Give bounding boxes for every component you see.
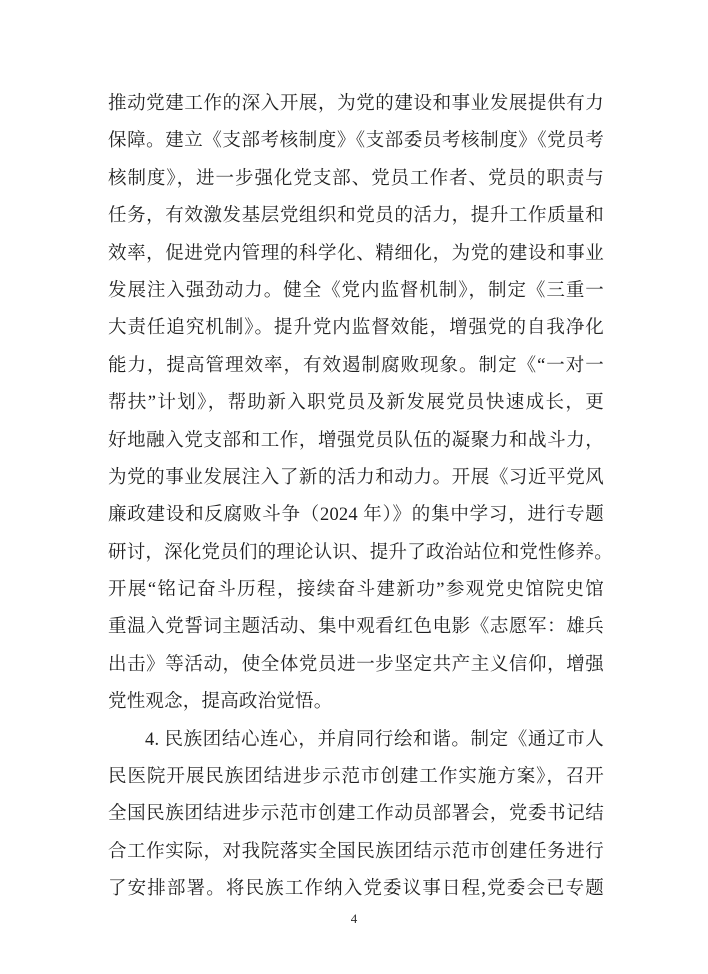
text-line: 帮扶”计划》，帮助新入职党员及新发展党员快速成长，更 <box>108 385 604 422</box>
text-line: 能力，提高管理效率，有效遏制腐败现象。制定《“一对一 <box>108 348 604 385</box>
text-line: 核制度》，进一步强化党支部、党员工作者、党员的职责与 <box>108 161 604 198</box>
text-line: 重温入党誓词主题活动、集中观看红色电影《志愿军：雄兵 <box>108 609 604 646</box>
text-line: 全国民族团结进步示范市创建工作动员部署会，党委书记结 <box>108 796 604 833</box>
text-line: 保障。建立《支部考核制度》《支部委员考核制度》《党员考 <box>108 123 604 160</box>
text-line: 推动党建工作的深入开展，为党的建设和事业发展提供有力 <box>108 86 604 123</box>
text-line: 出击》等活动，使全体党员进一步坚定共产主义信仰，增强 <box>108 647 604 684</box>
text-line: 发展注入强劲动力。健全《党内监督机制》，制定《三重一 <box>108 273 604 310</box>
text-line: 开展“铭记奋斗历程，接续奋斗建新功”参观党史馆院史馆 <box>108 572 604 609</box>
text-line: 大责任追究机制》。提升党内监督效能，增强党的自我净化 <box>108 310 604 347</box>
text-line: 合工作实际，对我院落实全国民族团结示范市创建任务进行 <box>108 834 604 871</box>
text-line: 为党的事业发展注入了新的活力和动力。开展《习近平党风 <box>108 460 604 497</box>
text-line: 研讨，深化党员们的理论认识、提升了政治站位和党性修养。 <box>108 535 604 572</box>
text-line: 党性观念，提高政治觉悟。 <box>108 684 604 721</box>
document-page: 推动党建工作的深入开展，为党的建设和事业发展提供有力 保障。建立《支部考核制度》… <box>0 0 708 974</box>
text-line: 4. 民族团结心连心，并肩同行绘和谐。制定《通辽市人 <box>108 722 604 759</box>
page-number: 4 <box>0 911 708 927</box>
text-line: 廉政建设和反腐败斗争（2024 年）》的集中学习，进行专题 <box>108 497 604 534</box>
text-line: 任务，有效激发基层党组织和党员的活力，提升工作质量和 <box>108 198 604 235</box>
text-line: 好地融入党支部和工作，增强党员队伍的凝聚力和战斗力， <box>108 423 604 460</box>
text-line: 了安排部署。将民族工作纳入党委议事日程,党委会已专题 <box>108 871 604 908</box>
text-line: 民医院开展民族团结进步示范市创建工作实施方案》，召开 <box>108 759 604 796</box>
body-text: 推动党建工作的深入开展，为党的建设和事业发展提供有力 保障。建立《支部考核制度》… <box>108 86 604 909</box>
text-line: 效率，促进党内管理的科学化、精细化，为党的建设和事业 <box>108 236 604 273</box>
